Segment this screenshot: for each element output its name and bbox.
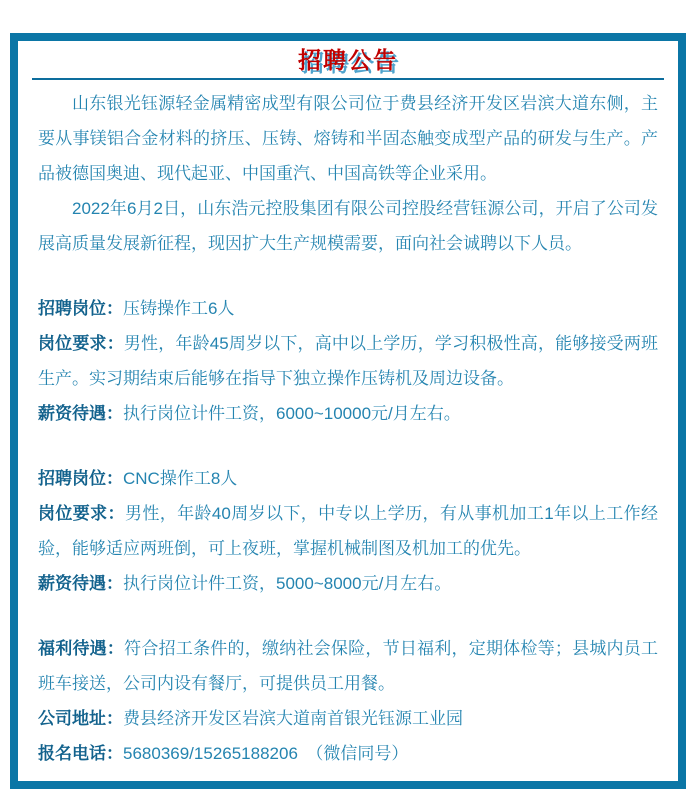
welfare-value: 符合招工条件的，缴纳社会保险，节日福利，定期体检等；县城内员工班车接送，公司内设… [38, 639, 658, 693]
job-salary-line: 薪资待遇：执行岗位计件工资，6000~10000元/月左右。 [38, 396, 658, 431]
address-line: 公司地址：费县经济开发区岩滨大道南首银光钰源工业园 [38, 701, 658, 736]
job-position-line: 招聘岗位：CNC操作工8人 [38, 461, 658, 496]
salary-label: 薪资待遇： [38, 574, 123, 593]
phone-value: 5680369/15265188206 （微信同号） [123, 744, 408, 763]
job-requirements-line: 岗位要求：男性，年龄40周岁以下，中专以上学历，有从事机加工1年以上工作经验，能… [38, 496, 658, 566]
phone-label: 报名电话： [38, 744, 123, 763]
requirements-value: 男性，年龄45周岁以下，高中以上学历，学习积极性高，能够接受两班生产。实习期结束… [38, 334, 658, 388]
position-value: CNC操作工8人 [123, 469, 237, 488]
address-value: 费县经济开发区岩滨大道南首银光钰源工业园 [123, 709, 463, 728]
job-section-die-casting: 招聘岗位：压铸操作工6人 岗位要求：男性，年龄45周岁以下，高中以上学历，学习积… [38, 291, 658, 431]
welfare-label: 福利待遇： [38, 639, 124, 658]
intro-paragraph-company: 山东银光钰源轻金属精密成型有限公司位于费县经济开发区岩滨大道东侧，主要从事镁铝合… [38, 86, 658, 191]
salary-label: 薪资待遇： [38, 404, 123, 423]
address-label: 公司地址： [38, 709, 123, 728]
footer-section: 福利待遇：符合招工条件的，缴纳社会保险，节日福利，定期体检等；县城内员工班车接送… [38, 631, 658, 771]
intro-paragraph-history: 2022年6月2日，山东浩元控股集团有限公司控股经营钰源公司，开启了公司发展高质… [38, 191, 658, 261]
position-value: 压铸操作工6人 [123, 299, 234, 318]
requirements-label: 岗位要求： [38, 334, 124, 353]
position-label: 招聘岗位： [38, 469, 123, 488]
salary-value: 执行岗位计件工资，6000~10000元/月左右。 [123, 404, 461, 423]
phone-line: 报名电话：5680369/15265188206 （微信同号） [38, 736, 658, 771]
announcement-frame: 招聘公告 山东银光钰源轻金属精密成型有限公司位于费县经济开发区岩滨大道东侧，主要… [10, 33, 686, 789]
requirements-label: 岗位要求： [38, 504, 125, 523]
job-salary-line: 薪资待遇：执行岗位计件工资，5000~8000元/月左右。 [38, 566, 658, 601]
title-divider [32, 78, 664, 80]
job-section-cnc: 招聘岗位：CNC操作工8人 岗位要求：男性，年龄40周岁以下，中专以上学历，有从… [38, 461, 658, 601]
welfare-line: 福利待遇：符合招工条件的，缴纳社会保险，节日福利，定期体检等；县城内员工班车接送… [38, 631, 658, 701]
position-label: 招聘岗位： [38, 299, 123, 318]
requirements-value: 男性，年龄40周岁以下，中专以上学历，有从事机加工1年以上工作经验，能够适应两班… [38, 504, 658, 558]
job-requirements-line: 岗位要求：男性，年龄45周岁以下，高中以上学历，学习积极性高，能够接受两班生产。… [38, 326, 658, 396]
page-title: 招聘公告 [38, 45, 658, 75]
job-position-line: 招聘岗位：压铸操作工6人 [38, 291, 658, 326]
salary-value: 执行岗位计件工资，5000~8000元/月左右。 [123, 574, 451, 593]
